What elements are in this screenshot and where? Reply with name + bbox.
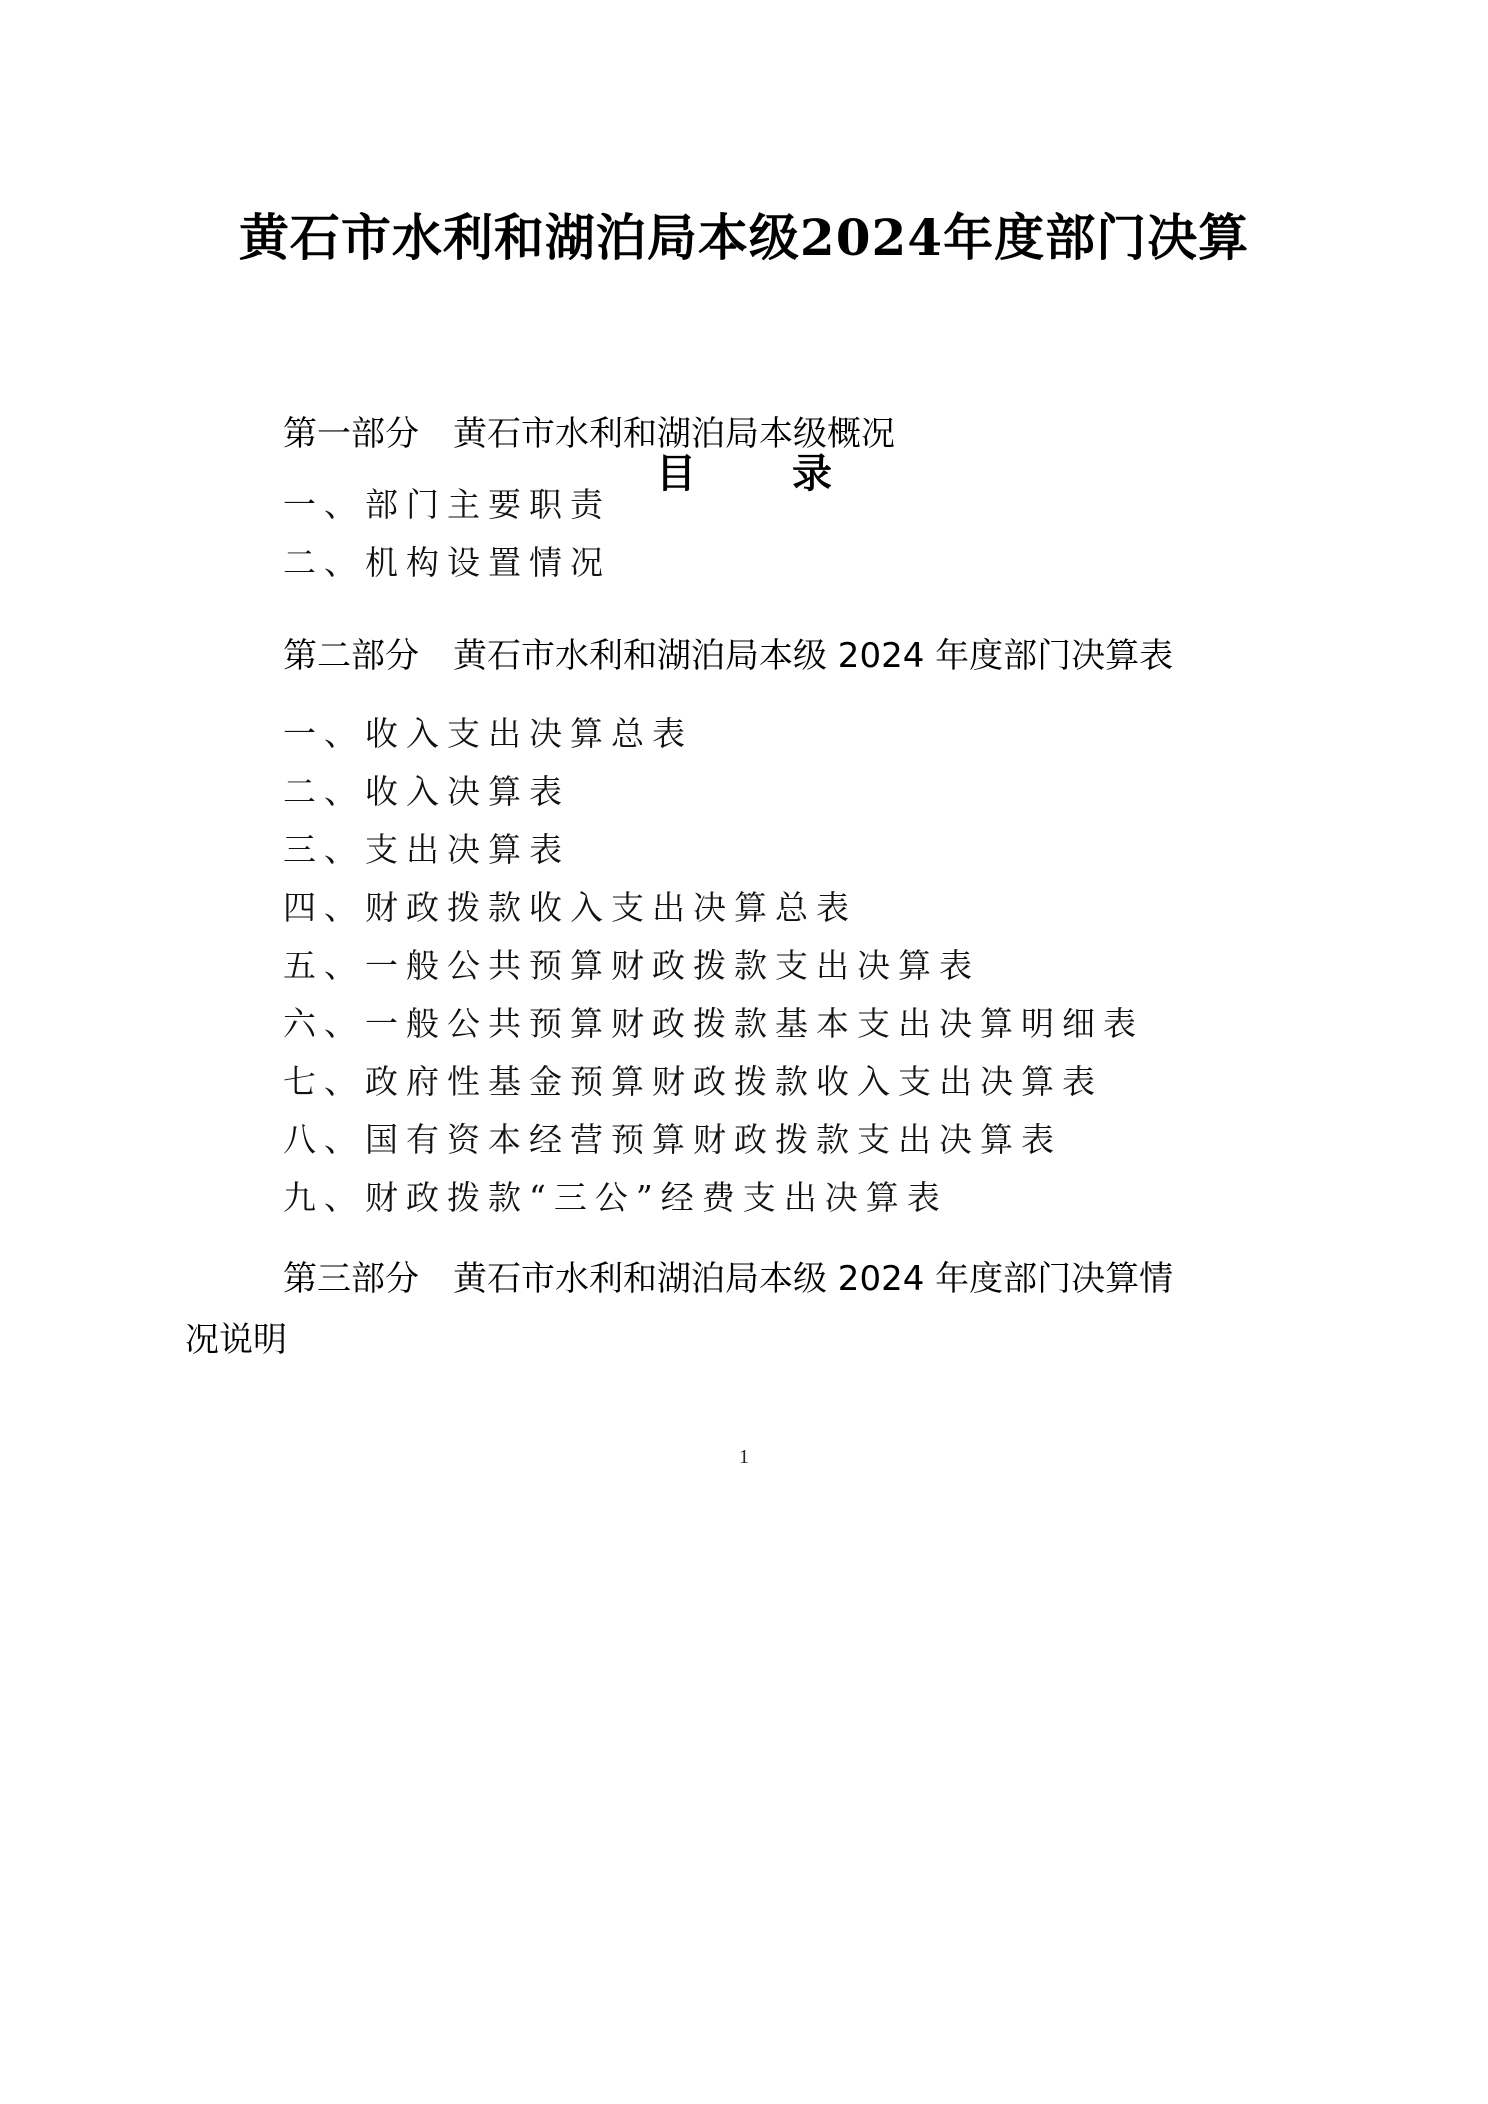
toc-heading-right: 录	[792, 450, 832, 497]
page-number: 1	[0, 1446, 1488, 1469]
part-label: 第三部分	[283, 1259, 419, 1299]
toc-heading-left: 目	[656, 450, 696, 497]
part-title: 黄石市水利和湖泊局本级 2024 年度部门决算情	[453, 1259, 1173, 1299]
document-page: 黄石市水利和湖泊局本级2024年度部门决算 目录 第一部分黄石市水利和湖泊局本级…	[0, 0, 1488, 2104]
toc-item[interactable]: 八、国有资本经营预算财政拨款支出决算表	[283, 1118, 1062, 1162]
toc-item[interactable]: 三、支出决算表	[283, 828, 570, 872]
toc-item[interactable]: 一、收入支出决算总表	[283, 712, 693, 756]
part-label: 第一部分	[283, 414, 419, 454]
toc-part-3-continuation[interactable]: 况说明	[185, 1318, 287, 1362]
toc-item[interactable]: 六、一般公共预算财政拨款基本支出决算明细表	[283, 1002, 1144, 1046]
toc-item[interactable]: 一、部门主要职责	[283, 483, 611, 527]
toc-item[interactable]: 七、政府性基金预算财政拨款收入支出决算表	[283, 1060, 1103, 1104]
toc-part-3[interactable]: 第三部分黄石市水利和湖泊局本级 2024 年度部门决算情	[283, 1257, 1173, 1301]
part-title: 黄石市水利和湖泊局本级概况	[453, 414, 895, 454]
part-label: 第二部分	[283, 636, 419, 676]
toc-item[interactable]: 二、收入决算表	[283, 770, 570, 814]
toc-part-2[interactable]: 第二部分黄石市水利和湖泊局本级 2024 年度部门决算表	[283, 634, 1173, 678]
toc-item[interactable]: 四、财政拨款收入支出决算总表	[283, 886, 857, 930]
toc-item[interactable]: 五、一般公共预算财政拨款支出决算表	[283, 944, 980, 988]
toc-item[interactable]: 二、机构设置情况	[283, 541, 611, 585]
document-title: 黄石市水利和湖泊局本级2024年度部门决算	[0, 208, 1488, 268]
part-title: 黄石市水利和湖泊局本级 2024 年度部门决算表	[453, 636, 1173, 676]
toc-item[interactable]: 九、财政拨款“三公”经费支出决算表	[283, 1176, 948, 1220]
toc-part-1[interactable]: 第一部分黄石市水利和湖泊局本级概况	[283, 412, 895, 456]
